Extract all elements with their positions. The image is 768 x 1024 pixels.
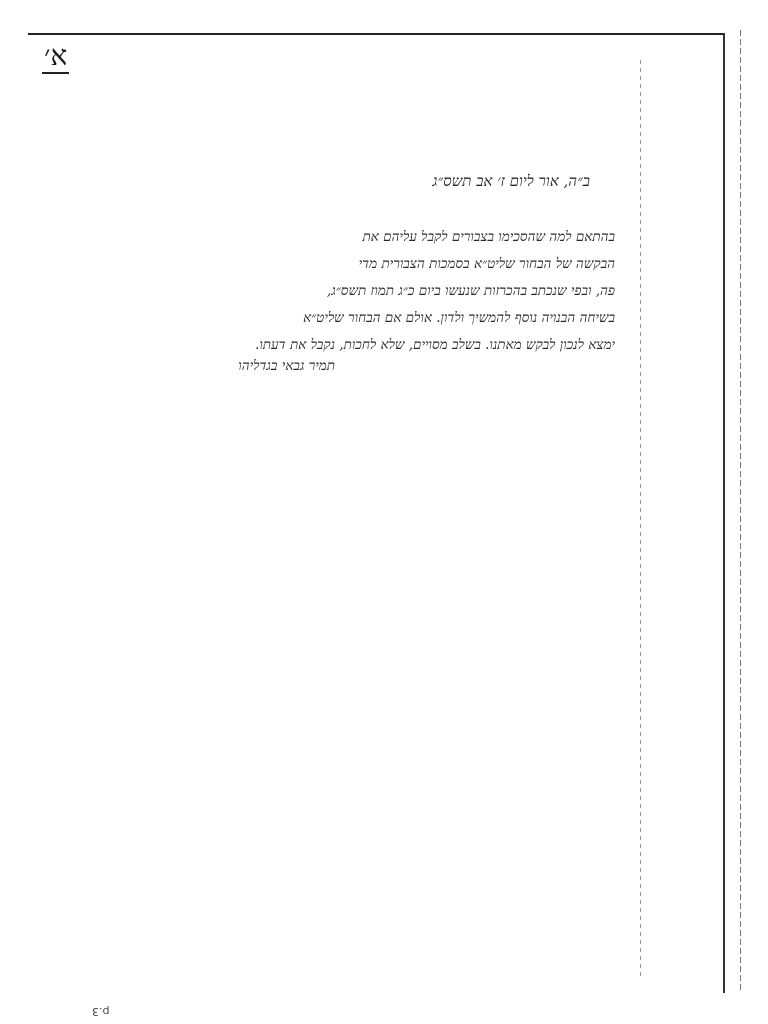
letter-body: בהתאם למה שהסכימו בצבורים לקבל עליהם את … [170, 224, 615, 359]
page-inner-scan-line [640, 60, 641, 980]
page-letter-mark: א׳ [42, 42, 69, 74]
body-line: פה, ובפי שנכתב בהכרזות שנעשו ביום כ״ג תמ… [170, 278, 615, 305]
body-line: ימצא לנכון לבקש מאתנו. בשלב מסויים, שלא … [170, 332, 615, 359]
body-line: בשיחה הבנויה נוסף להמשיך ולדון. אולם אם … [170, 305, 615, 332]
signature: תמיר גבאי בגדליהו [185, 358, 335, 374]
body-line: בהתאם למה שהסכימו בצבורים לקבל עליהם את [170, 224, 615, 251]
date-line: ב״ה, אור ליום ז׳ אב תשס״ג [370, 172, 590, 191]
page-number-footer: p.3 [92, 1005, 109, 1018]
page-top-border [28, 33, 724, 35]
page-right-border [723, 33, 725, 993]
body-line: הבקשה של הבחור שליט״א בסמכות הצבורית מדי [170, 251, 615, 278]
page-right-scan-edge [740, 30, 741, 990]
